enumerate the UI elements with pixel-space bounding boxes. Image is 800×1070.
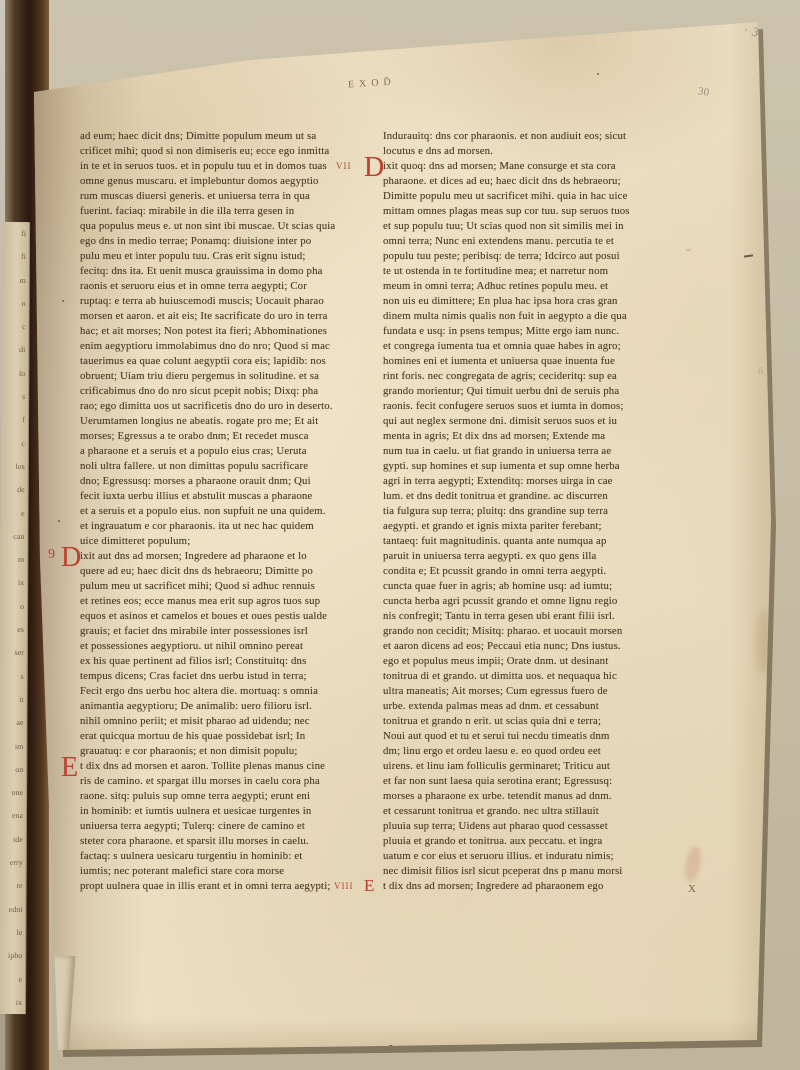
leaf-edge-text-fragment: lo <box>1 362 28 385</box>
leaf-edge-text-fragment: on <box>0 758 26 781</box>
manuscript-line: et retines eos; ecce manus mea erit sup … <box>80 594 374 609</box>
manuscript-line: morses; Egressus a te orabo dnm; Et rece… <box>80 429 374 444</box>
faint-pencil-mark: 6 <box>758 366 763 377</box>
manuscript-line: omne genus muscaru. et implebuntur domos… <box>80 174 374 189</box>
manuscript-line: non uis eu dimittere; En plua hac ipsa h… <box>383 294 697 309</box>
manuscript-line: t dix dns ad morsen; Ingredere ad pharao… <box>383 879 697 894</box>
manuscript-line: ixit aut dns ad morsen; Ingredere ad pha… <box>80 549 374 564</box>
previous-leaf-edge: fifimncdilosfclosdeecanmixoessersitaeimo… <box>0 222 30 1014</box>
leaf-edge-text-fragment: can <box>0 525 27 548</box>
manuscript-line: fuerint. faciaq: mirabile in die illa te… <box>80 204 374 219</box>
leaf-edge-text-fragment: fi <box>2 245 29 268</box>
manuscript-line: gypti. sup homines et sup iumenta et sup… <box>383 459 697 474</box>
ink-speck <box>62 300 64 302</box>
parchment-page: EXOD̄ 30 30 ad eum; haec dicit dns; Dimi… <box>0 0 800 1070</box>
manuscript-line: tantaeq: fuit magnitudinis. quanta ante … <box>383 534 697 549</box>
manuscript-line: morses a pharaone ex urbe. tetendit manu… <box>383 789 697 804</box>
manuscript-line: hac; et ait morses; Non potest ita fieri… <box>80 324 374 339</box>
manuscript-line: te ut ostenda in te fortitudine mea; et … <box>383 264 697 279</box>
manuscript-line: agri in terra aegypti; Extenditq: morses… <box>383 474 697 489</box>
folio-number-lower: 30 <box>697 85 710 98</box>
manuscript-line: cuncta herba agri pcussit grando et omne… <box>383 594 697 609</box>
manuscript-line: populu tuu peste; peribisq: de terra; Id… <box>383 249 697 264</box>
manuscript-line: cuncta quae fuer in agris; ab homine usq… <box>383 579 697 594</box>
leaf-edge-text-fragment: s <box>0 665 27 688</box>
leaf-edge-text-fragment: ide <box>0 828 26 851</box>
page-edge-shading <box>730 0 775 1070</box>
manuscript-line: noli ultra fallere. ut non dimittas popu… <box>80 459 374 474</box>
manuscript-line: morsen et aaron. et ait eis; Ite sacrifi… <box>80 309 374 324</box>
manuscript-line: et sup populu tuu; Ut scias quod non sit… <box>383 219 697 234</box>
manuscript-line: uatum e cor eius et seruoru illius. et i… <box>383 849 697 864</box>
manuscript-line: qua populus meus e. ut non sint ibi musc… <box>80 219 374 234</box>
manuscript-line: nihil omnino periit; et misit pharao ad … <box>80 714 374 729</box>
manuscript-line: factaq: s uulnera uesicaru turgentiu in … <box>80 849 374 864</box>
leaf-edge-text-fragment: ix <box>0 571 27 594</box>
leaf-edge-text-fragment: ipho <box>0 944 25 967</box>
manuscript-line: raonis. fecit confugere seruos suos et i… <box>383 399 697 414</box>
manuscript-line: et aaron dicens ad eos; Peccaui etia nun… <box>383 639 697 654</box>
running-title: EXOD̄ <box>348 77 396 91</box>
leaf-edge-text-fragment: c <box>1 315 28 338</box>
leaf-edge-text-fragment: e <box>0 501 27 524</box>
manuscript-line: equos et asinos et camelos et boues et o… <box>80 609 374 624</box>
manuscript-line: tauerimus ea quae colunt aegyptii cora e… <box>80 354 374 369</box>
manuscript-line: nis confregit; Tantu in terra gesen ubi … <box>383 609 697 624</box>
manuscript-line: aegypti. et grando et ignis mixta parite… <box>383 519 697 534</box>
margin-paragraph-9: 9 <box>48 547 55 563</box>
margin-chapter-x: X <box>688 883 696 895</box>
manuscript-line: condita e; Et pcussit grando in omni ter… <box>383 564 697 579</box>
leaf-edge-text-fragment: o <box>0 595 27 618</box>
manuscript-line: ris de camino. et spargat illu morses in… <box>80 774 374 789</box>
manuscript-line: mittam omnes plagas meas sup cor tuu. su… <box>383 204 697 219</box>
manuscript-line: dm; linu ergo et ordeu laesu e. eo quod … <box>383 744 697 759</box>
manuscript-line: rum muscas diuersi generis. et uniuersa … <box>80 189 374 204</box>
leaf-edge-text-fragment: los <box>1 455 28 478</box>
manuscript-line: pharaone. et dices ad eu; haec dicit dns… <box>383 174 697 189</box>
manuscript-line: grauatuq: e cor pharaonis; et non dimisi… <box>80 744 374 759</box>
leaf-edge-text-fragment: erry <box>0 851 26 874</box>
manuscript-line: crificabimus dno do nro sicut pcepit nob… <box>80 384 374 399</box>
manuscript-line: tempus dicens; Cras faciet dns uerbu ist… <box>80 669 374 684</box>
manuscript-line: tonitrua di et grando. ut dimitta uos. e… <box>383 669 697 684</box>
manuscript-line: lum. et dns dedit tonitrua et grandine. … <box>383 489 697 504</box>
manuscript-line: steter cora pharaone. et sparsit illu mo… <box>80 834 374 849</box>
rubric-initial-d: D <box>364 154 384 182</box>
manuscript-line: Fecit ergo dns uerbu hoc altera die. mor… <box>80 684 374 699</box>
manuscript-line: rao; ego dimitta uos ut sacrificetis dno… <box>80 399 374 414</box>
manuscript-line: meum in omni terra; Adhuc retines populu… <box>383 279 697 294</box>
text-column-right: Indurauitq: dns cor pharaonis. et non au… <box>383 129 697 894</box>
manuscript-line: Dimitte populu meu ut sacrificet mihi. q… <box>383 189 697 204</box>
manuscript-line: enim aegyptioru immolabimus dno do nro; … <box>80 339 374 354</box>
leaf-edge-text-fragment: it <box>0 688 27 711</box>
manuscript-line: ultra maneatis; Ait morses; Cum egressus… <box>383 684 697 699</box>
manuscript-line: grando non cecidit; Misitq: pharao. et u… <box>383 624 697 639</box>
manuscript-line: in te et in seruos tuos. et in populu tu… <box>80 159 374 174</box>
manuscript-line: menta in agris; Et dix dns ad morsen; Ex… <box>383 429 697 444</box>
leaf-edge-text-fragment: one <box>0 781 26 804</box>
leaf-edge-text-fragment: le <box>0 921 25 944</box>
manuscript-line: et ingrauatum e cor pharaonis. ita ut ne… <box>80 519 374 534</box>
leaf-edge-text-fragment: re <box>0 874 26 897</box>
manuscript-line: uirens. et linu iam folliculis germinare… <box>383 759 697 774</box>
rubric-initial-d: D <box>61 544 81 572</box>
manuscript-line: paruit in uniuersa terra aegypti. ex quo… <box>383 549 697 564</box>
manuscript-line: et a seruis et a populo eius. non supfui… <box>80 504 374 519</box>
leaf-edge-text-fragment: ena <box>0 804 26 827</box>
ink-speck <box>58 520 60 522</box>
manuscript-line: uniuersa terra aegypti; Tulerq: cinere d… <box>80 819 374 834</box>
manuscript-line: erat quicqua mortuu de his quae possideb… <box>80 729 374 744</box>
manuscript-line: et far non sunt laesa quia serotina eran… <box>383 774 697 789</box>
leaf-edge-text-fragment: de <box>1 478 28 501</box>
manuscript-line: dinem multa nimis qualis non fuit in aeg… <box>383 309 697 324</box>
margin-chapter-viii: VIII <box>334 881 354 891</box>
manuscript-line: ixit quoq: dns ad morsen; Mane consurge … <box>383 159 697 174</box>
manuscript-line: quere ad eu; haec dicit dns ds hebraeoru… <box>80 564 374 579</box>
leaf-edge-text-fragment: c <box>1 432 28 455</box>
leaf-edge-text-fragment: n <box>2 292 29 315</box>
manuscript-line: et possessiones aegyptioru. ut nihil omn… <box>80 639 374 654</box>
manuscript-line: animantia aegyptioru; De animalib: uero … <box>80 699 374 714</box>
text-column-left: ad eum; haec dicit dns; Dimitte populum … <box>80 129 374 894</box>
manuscript-line: Indurauitq: dns cor pharaonis. et non au… <box>383 129 697 144</box>
manuscript-line: et cessarunt tonitrua et grando. nec ult… <box>383 804 697 819</box>
ink-speck <box>628 21 631 24</box>
manuscript-line: nec dimisit filios isrl sicut pceperat d… <box>383 864 697 879</box>
leaf-edge-text-fragment: ser <box>0 641 27 664</box>
ink-speck <box>597 73 599 75</box>
leaf-edge-text-fragment: m <box>0 548 27 571</box>
rubric-initial-e: E <box>61 754 78 782</box>
leaf-edge-text-fragment: es <box>0 618 27 641</box>
manuscript-line: iumtis; nec poterant malefici stare cora… <box>80 864 374 879</box>
manuscript-line: ruptaq: e terra ab huiuscemodi muscis; U… <box>80 294 374 309</box>
manuscript-line: Noui aut quod et tu et serui tui necdu t… <box>383 729 697 744</box>
manuscript-line: tia fulgura sup terra; pluitq: dns grand… <box>383 504 697 519</box>
rubric-initial-e: E <box>364 877 374 894</box>
manuscript-line: dno; Egressusq: morses a pharaone orauit… <box>80 474 374 489</box>
manuscript-line: pluuia et grando et tonitrua. aux peccat… <box>383 834 697 849</box>
leaf-edge-text-fragment: f <box>1 408 28 431</box>
manuscript-line: pluuia sup terra; Uidens aut pharao quod… <box>383 819 697 834</box>
manuscript-line: locutus e dns ad morsen. <box>383 144 697 159</box>
manuscript-line: fecit iuxta uerbu illius et abstulit mus… <box>80 489 374 504</box>
manuscript-line: et congrega iumenta tua et omnia quae ha… <box>383 339 697 354</box>
manuscript-line: fecitq: dns ita. Et uenit musca grauissi… <box>80 264 374 279</box>
manuscript-photo: fifimncdilosfclosdeecanmixoessersitaeimo… <box>0 0 800 1070</box>
leaf-edge-text-fragment: ae <box>0 711 27 734</box>
leaf-edge-text-fragment: ix <box>0 991 25 1014</box>
manuscript-line: raone. sitq: puluis sup omne terra aegyp… <box>80 789 374 804</box>
manuscript-line: tonitrua et grando n erit. ut scias quia… <box>383 714 697 729</box>
manuscript-line: ego dns in medio terrae; Ponamq: diuisio… <box>80 234 374 249</box>
manuscript-line: uice dimitteret populum; <box>80 534 374 549</box>
manuscript-line: ad eum; haec dicit dns; Dimitte populum … <box>80 129 374 144</box>
manuscript-line: pulu meu et inter populu tuu. Cras erit … <box>80 249 374 264</box>
manuscript-line: crificet mihi; quod si non dimiseris eu;… <box>80 144 374 159</box>
leaf-edge-text-fragment: edni <box>0 898 26 921</box>
manuscript-line: grando morientur; Qui timuit uerbu dni d… <box>383 384 697 399</box>
leaf-edge-text-fragment: m <box>2 269 29 292</box>
manuscript-line: ego et populus meus impii; Orate dnm. ut… <box>383 654 697 669</box>
manuscript-line: rint foris. nec congregata de agris; cec… <box>383 369 697 384</box>
leaf-edge-text-fragment: fi <box>2 222 29 245</box>
manuscript-line: Uerumtamen longius ne abeatis. rogate pr… <box>80 414 374 429</box>
manuscript-line: urbe. extenda palmas meas ad dnm. et ces… <box>383 699 697 714</box>
manuscript-line: raonis et seruoru eius et in omne terra … <box>80 279 374 294</box>
manuscript-line: qui aut neglex sermone dni. dimisit seru… <box>383 414 697 429</box>
manuscript-line: grauis; et faciet dns mirabile inter pos… <box>80 624 374 639</box>
manuscript-line: ex his quae pertinent ad filios isrl; Co… <box>80 654 374 669</box>
leaf-edge-text-fragment: e <box>0 967 25 990</box>
manuscript-line: a pharaone et a seruis et a populo eius … <box>80 444 374 459</box>
manuscript-line: pulum meu ut sacrificet mihi; Quod si ad… <box>80 579 374 594</box>
leaf-edge-text-fragment: s <box>1 385 28 408</box>
manuscript-line: obruent; Uiam triu dieru pergemus in sol… <box>80 369 374 384</box>
manuscript-line: homines eni et iumenta et uniuersa quae … <box>383 354 697 369</box>
manuscript-line: in hominib: et iumtis uulnera et uesicae… <box>80 804 374 819</box>
leaf-edge-text-fragment: im <box>0 734 26 757</box>
margin-chapter-vii: VII <box>336 161 352 171</box>
manuscript-line: omni terra; Nunc eni extendens manu. per… <box>383 234 697 249</box>
leaf-edge-text-fragment: di <box>1 338 28 361</box>
manuscript-line: num tua in caelu. ut fiat grando in uniu… <box>383 444 697 459</box>
manuscript-line: fundata e usq: in psens tempus; Mitte er… <box>383 324 697 339</box>
manuscript-line: propt uulnera quae in illis erant et in … <box>80 879 374 894</box>
manuscript-line: t dix dns ad morsen et aaron. Tollite pl… <box>80 759 374 774</box>
